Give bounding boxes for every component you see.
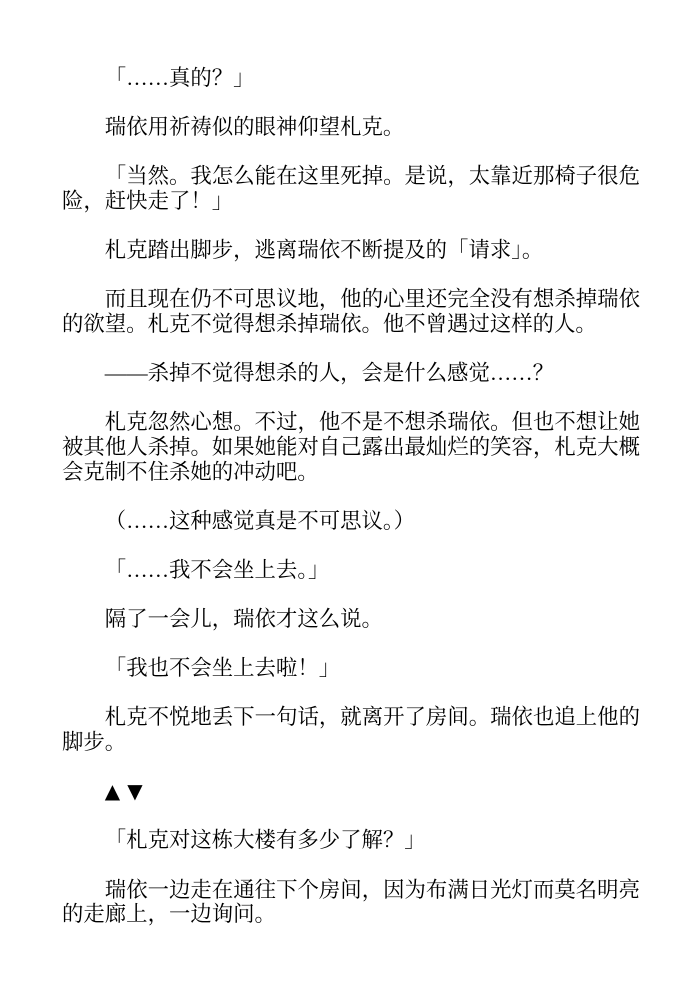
- triangle-up-icon: ▲: [105, 779, 120, 803]
- novel-text: 「……真的？」瑞依用祈祷似的眼神仰望札克。「当然。我怎么能在这里死掉。是说，太靠…: [62, 66, 640, 927]
- triangle-down-icon: ▼: [127, 779, 142, 803]
- paragraph-dialogue: 「当然。我怎么能在这里死掉。是说，太靠近那椅子很危险，赶快走了！」: [62, 164, 640, 213]
- paragraph-dialogue: 「……我不会坐上去。」: [62, 558, 640, 583]
- book-page: 「……真的？」瑞依用祈祷似的眼神仰望札克。「当然。我怎么能在这里死掉。是说，太靠…: [0, 0, 700, 992]
- paragraph-narration: 瑞依一边走在通往下个房间，因为布满日光灯而莫名明亮的走廊上，一边询问。: [62, 878, 640, 927]
- paragraph-narration: 瑞依用祈祷似的眼神仰望札克。: [62, 115, 640, 140]
- paragraph-dialogue: 「我也不会坐上去啦！」: [62, 656, 640, 681]
- paragraph-thought: （……这种感觉真是不可思议。）: [62, 509, 640, 534]
- paragraph-narration: 札克忽然心想。不过，他不是不想杀瑞依。但也不想让她被其他人杀掉。如果她能对自己露…: [62, 410, 640, 484]
- paragraph-narration: 而且现在仍不可思议地，他的心里还完全没有想杀掉瑞依的欲望。札克不觉得想杀掉瑞依。…: [62, 287, 640, 336]
- paragraph-dialogue: 「……真的？」: [62, 66, 640, 91]
- paragraph-narration: 札克不悦地丢下一句话，就离开了房间。瑞依也追上他的脚步。: [62, 705, 640, 754]
- paragraph-thought: ——杀掉不觉得想杀的人，会是什么感觉……？: [62, 361, 640, 386]
- paragraph-narration: 札克踏出脚步，逃离瑞依不断提及的「请求」。: [62, 238, 640, 263]
- paragraph-narration: 隔了一会儿，瑞依才这么说。: [62, 607, 640, 632]
- paragraph-dialogue: 「札克对这栋大楼有多少了解？」: [62, 828, 640, 853]
- scene-break-divider: ▲▼: [62, 779, 640, 804]
